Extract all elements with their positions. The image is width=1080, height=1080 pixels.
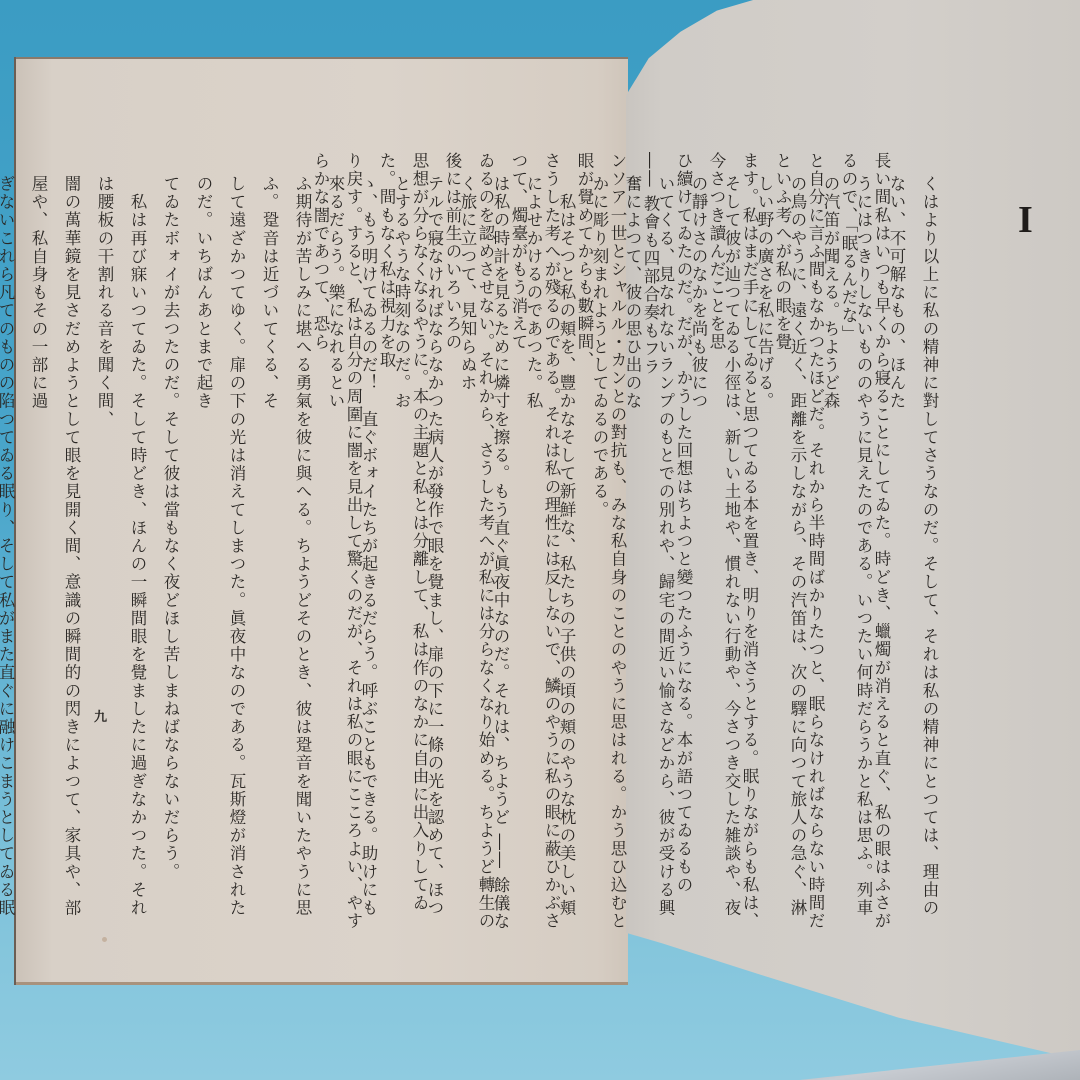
text-column: てゐたボォイが去つたのだ。そして彼は當もなく夜どほし苦しまねばならないだらう。	[154, 175, 187, 935]
text-column: 思想が分らなくなるやうに。本の主題と私とは分離して、私は作のなかに自由に出入りし…	[370, 152, 436, 932]
text-column: して遠ざかつてゆく。扉の下の光は消えてしまつた。眞夜中なのである。瓦斯燈が消され…	[187, 175, 253, 935]
text-column: さうした考へが殘るのである。それは私の理性には反しないで、鱗のやうに私の眼に蔽ひ…	[502, 152, 568, 932]
text-column: ぎないこれら凡てのものの陷つてゐる眠り、そして私がまた直ぐに融けこまうとしてゐる…	[0, 175, 22, 935]
text-column: ます。私はまだ手にしてゐると思つてゐる本を置き、明りを消さうとする。眠りながらも…	[700, 152, 766, 932]
text-column: ンソア一世とシャルル・カンとの對抗も、みな私自身のことのやうに思はれる。かう思ひ…	[568, 152, 634, 932]
text-column: 私は再び寐いつてゐた。そして時どき、ほんの一瞬間眼を覺ましたに過ぎなかつた。それ…	[88, 175, 154, 935]
right-page-text: 長い間私はいつも早くから寢ることにしてゐた。時どき、蠟燭が消えると直ぐ、私の眼は…	[304, 152, 898, 932]
paper-stain	[102, 937, 107, 942]
cloth-corner	[750, 1050, 1080, 1080]
text-column: と自分に言ふ間もなかつたほどだ。それから半時間ばかりたつと、眠らなければならない…	[766, 152, 832, 932]
text-column: り戻す。すると、私は自分の周圍に闇を見出して驚くのだが、それは私の眼にこころよい…	[304, 152, 370, 932]
text-column: ゐるのを認めさせない。それから、さうした考へが私には分らなくなり始める。ちようど…	[436, 152, 502, 932]
page-number: 九	[94, 706, 107, 725]
text-column: 闇の萬華鏡を見さだめようとして眼を見開く間、意識の瞬間的の閃きによつて、家具や、…	[22, 175, 88, 935]
text-column: ひ續けてゐたのだ。だが、かうした回想はちよつと變つたふうになる。本が語つてゐるも…	[634, 152, 700, 932]
text-column: 長い間私はいつも早くから寢ることにしてゐた。時どき、蠟燭が消えると直ぐ、私の眼は…	[832, 152, 898, 932]
chapter-numeral: I	[1018, 198, 1033, 242]
